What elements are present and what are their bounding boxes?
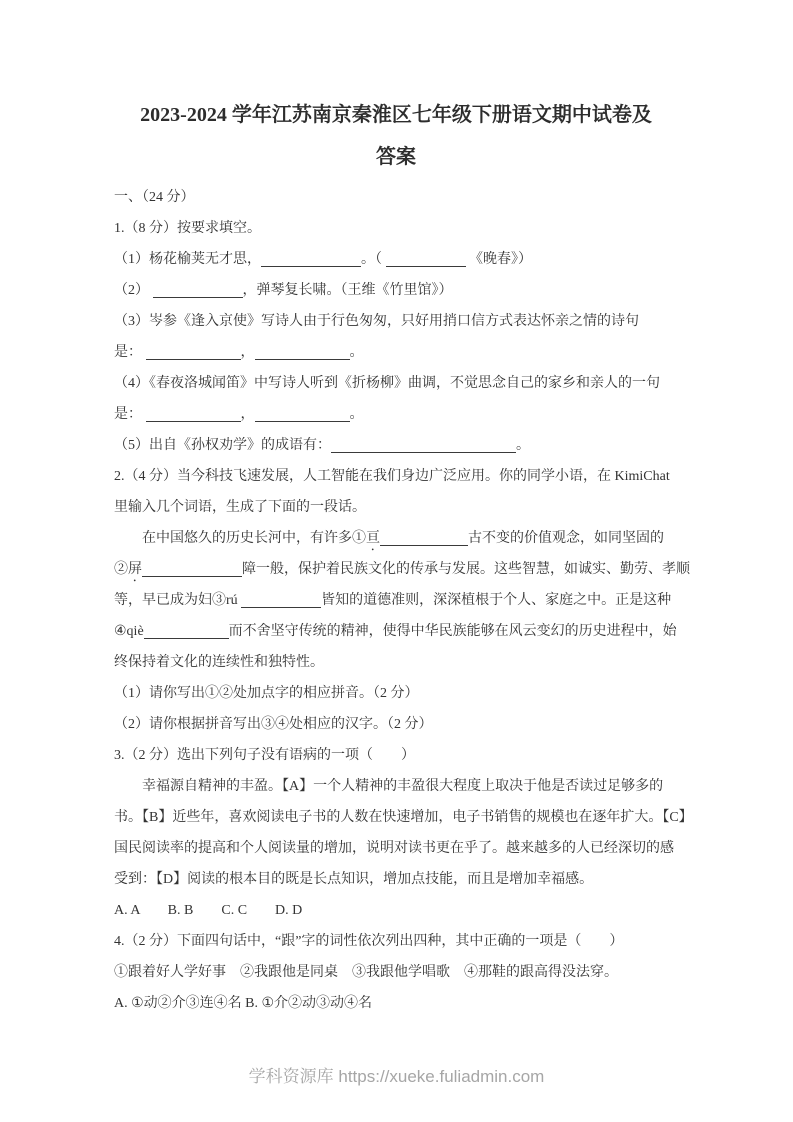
q1-item4-sep: ， <box>241 407 255 422</box>
q2-stem-line1: 2.（4 分）当今科技飞速发展，人工智能在我们身边广泛应用。你的同学小语，在 K… <box>114 461 714 492</box>
q2-passage-line4-pre: ④qiè <box>114 624 144 639</box>
q1-item3-end: 。 <box>350 345 364 360</box>
q1-stem: 1.（8 分）按要求填空。 <box>114 213 714 244</box>
q3-paragraph-line4: 受到：【D】阅读的根本目的既是长点知识，增加点技能，而且是增加幸福感。 <box>114 864 714 895</box>
q1-item4-pre: 是： <box>114 407 146 422</box>
q1-item5-pre: （5）出自《孙权劝学》的成语有： <box>114 438 331 453</box>
answer-blank <box>331 442 516 453</box>
answer-blank <box>386 256 466 267</box>
q3-options: A. A B. B C. C D. D <box>114 895 714 926</box>
q3-paragraph-line3: 国民阅读率的提高和个人阅读量的增加，说明对读书更在乎了。越来越多的人已经深切的感 <box>114 833 714 864</box>
exam-title-line2: 答案 <box>110 136 682 178</box>
answer-blank <box>146 349 241 360</box>
q1-item2-pre: （2） <box>114 283 153 298</box>
q2-passage-line2: ②屏障一般，保护着民族文化的传承与发展。这些智慧，如诚实、勤劳、孝顺 <box>114 554 714 585</box>
q2-dotted-char-1: 亘 <box>366 531 380 546</box>
answer-blank <box>144 628 229 639</box>
q2-passage-line3: 等，早已成为妇③rú 皆知的道德准则，深深植根于个人、家庭之中。正是这种 <box>114 585 714 616</box>
answer-blank <box>153 287 243 298</box>
q2-passage-line4-post: 而不舍坚守传统的精神，使得中华民族能够在风云变幻的历史进程中，始 <box>229 624 677 639</box>
q1-item4-line2: 是： ，。 <box>114 399 714 430</box>
q2-passage-line1-post: 古不变的价值观念，如同坚固的 <box>468 531 664 546</box>
q1-item1: （1）杨花榆荚无才思，。（ 《晚春》） <box>114 244 714 275</box>
q2-passage-line2-post: 障一般，保护着民族文化的传承与发展。这些智慧，如诚实、勤劳、孝顺 <box>242 562 690 577</box>
q1-item1-pre: （1）杨花榆荚无才思， <box>114 252 261 267</box>
answer-blank <box>241 597 321 608</box>
q3-stem: 3.（2 分）选出下列句子没有语病的一项（ ） <box>114 740 714 771</box>
q2-passage-line3-post: 皆知的道德准则，深深植根于个人、家庭之中。正是这种 <box>321 593 671 608</box>
section-heading: 一、（24 分） <box>114 182 714 213</box>
q3-paragraph-line1: 幸福源自精神的丰盈。【A】一个人精神的丰盈很大程度上取决于他是否读过足够多的 <box>114 771 714 802</box>
q2-passage-line3-pre: 等，早已成为妇③rú <box>114 593 241 608</box>
q1-item4-end: 。 <box>350 407 364 422</box>
q1-item4-line1: （4）《春夜洛城闻笛》中写诗人听到《折杨柳》曲调，不觉思念自己的家乡和亲人的一句 <box>114 368 714 399</box>
q1-item3-line1: （3）岑参《逢入京使》写诗人由于行色匆匆，只好用捎口信方式表达怀亲之情的诗句 <box>114 306 714 337</box>
q4-stem: 4.（2 分）下面四句话中，“跟”字的词性依次列出四种，其中正确的一项是（ ） <box>114 926 714 957</box>
q2-stem-line2: 里输入几个词语，生成了下面的一段话。 <box>114 492 714 523</box>
exam-document-page: 2023-2024 学年江苏南京秦淮区七年级下册语文期中试卷及 答案 一、（24… <box>0 0 793 1122</box>
answer-blank <box>146 411 241 422</box>
answer-blank <box>255 349 350 360</box>
q1-item5-end: 。 <box>516 438 530 453</box>
q2-dotted-char-2: 屏 <box>128 562 142 577</box>
q1-item1-post: 《晚春》） <box>466 252 533 267</box>
q1-item2-post: ，弹琴复长啸。（王维《竹里馆》） <box>243 283 453 298</box>
answer-blank <box>380 535 468 546</box>
q1-item3-line2: 是： ，。 <box>114 337 714 368</box>
exam-title: 2023-2024 学年江苏南京秦淮区七年级下册语文期中试卷及 答案 <box>110 94 682 178</box>
q4-items: ①跟着好人学好事 ②我跟他是同桌 ③我跟他学唱歌 ④那鞋的跟高得没法穿。 <box>114 957 714 988</box>
q2-subquestion-2: （2）请你根据拼音写出③④处相应的汉字。（2 分） <box>114 709 714 740</box>
q1-item1-mid: 。（ <box>361 252 386 267</box>
q2-subquestion-1: （1）请你写出①②处加点字的相应拼音。（2 分） <box>114 678 714 709</box>
exam-body: 一、（24 分） 1.（8 分）按要求填空。 （1）杨花榆荚无才思，。（ 《晚春… <box>114 182 714 1019</box>
q1-item3-sep: ， <box>241 345 255 360</box>
q1-item2: （2） ，弹琴复长啸。（王维《竹里馆》） <box>114 275 714 306</box>
answer-blank <box>255 411 350 422</box>
q1-item3-pre: 是： <box>114 345 146 360</box>
q2-passage-line5: 终保持着文化的连续性和独特性。 <box>114 647 714 678</box>
exam-title-line1: 2023-2024 学年江苏南京秦淮区七年级下册语文期中试卷及 <box>110 94 682 136</box>
q4-options: A. ①动②介③连④名 B. ①介②动③动④名 <box>114 988 714 1019</box>
answer-blank <box>261 256 361 267</box>
q2-passage-line4: ④qiè而不舍坚守传统的精神，使得中华民族能够在风云变幻的历史进程中，始 <box>114 616 714 647</box>
answer-blank <box>142 566 242 577</box>
q2-passage-line2-pre: ② <box>114 562 128 577</box>
q3-paragraph-line2: 书。【B】近些年，喜欢阅读电子书的人数在快速增加，电子书销售的规模也在逐年扩大。… <box>114 802 714 833</box>
q2-passage-line1-pre: 在中国悠久的历史长河中，有许多① <box>142 531 366 546</box>
watermark-footer: 学科资源库 https://xueke.fuliadmin.com <box>0 1062 793 1087</box>
q2-passage-line1: 在中国悠久的历史长河中，有许多①亘古不变的价值观念，如同坚固的 <box>114 523 714 554</box>
q1-item5: （5）出自《孙权劝学》的成语有：。 <box>114 430 714 461</box>
